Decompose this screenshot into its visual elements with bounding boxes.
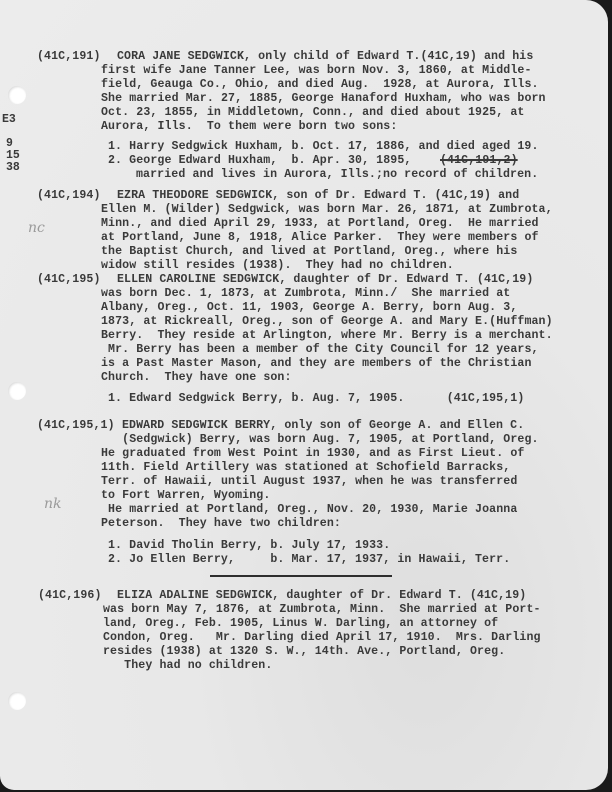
entry-line: CORA JANE SEDGWICK, only child of Edward… [117,51,533,63]
child-item: 2. Jo Ellen Berry, b. Mar. 17, 1937, in … [108,554,510,566]
entry-line: (Sedgwick) Berry, was born Aug. 7, 1905,… [101,434,539,446]
margin-note-code: E3 [2,114,16,126]
entry-line: He graduated from West Point in 1930, an… [101,448,524,460]
entry-line: Aurora, Ills. To them were born two sons… [101,121,397,133]
punch-hole-bottom [8,692,26,710]
entry-line: first wife Jane Tanner Lee, was born Nov… [101,65,532,77]
punch-hole-middle [8,382,26,400]
entry-id: (41C,196) [38,590,102,602]
entry-line: Oct. 23, 1855, in Middletown, Conn., and… [101,107,524,119]
child-item: 1. David Tholin Berry, b. July 17, 1933. [108,540,390,552]
entry-id: (41C,191) [37,51,101,63]
entry-line: 11th. Field Artillery was stationed at S… [101,462,510,474]
entry-line: resides (1938) at 1320 S. W., 14th. Ave.… [103,646,505,658]
child-item-continued: married and lives in Aurora, Ills.;no re… [136,169,538,181]
child-item: 2. George Edward Huxham, b. Apr. 30, 189… [108,155,411,167]
pencil-mark: nc [28,220,45,236]
entry-line: They had no children. [103,660,272,672]
entry-line: Minn., and died April 29, 1933, at Portl… [101,218,539,230]
entry-line: was born May 7, 1876, at Zumbrota, Minn.… [103,604,541,616]
entry-line: She married Mar. 27, 1885, George Hanafo… [101,93,546,105]
entry-line: ELLEN CAROLINE SEDGWICK, daughter of Dr.… [117,274,533,286]
entry-line: Albany, Oreg., Oct. 11, 1903, George A. … [101,302,517,314]
entry-line: He married at Portland, Oreg., Nov. 20, … [101,504,517,516]
punch-hole-top [8,86,26,104]
entry-id: (41C,195) [37,274,101,286]
entry-id: (41C,194) [37,190,101,202]
entry-line: Mr. Berry has been a member of the City … [101,344,539,356]
entry-id: (41C,195,1) [37,420,115,432]
entry-line: the Baptist Church, and lived at Portlan… [101,246,517,258]
entry-line: ELIZA ADALINE SEDGWICK, daughter of Dr. … [117,590,526,602]
typed-genealogy-page: E3 9 15 38 nc nk (41C,191) CORA JANE SED… [0,0,608,790]
struck-reference: (41C,191,2) [440,155,518,167]
entry-line: Peterson. They have two children: [101,518,341,530]
section-divider [210,575,392,577]
child-item: 1. Edward Sedgwick Berry, b. Aug. 7, 190… [108,393,524,405]
margin-note-num: 38 [6,162,20,174]
pencil-mark: nk [44,496,62,512]
entry-line: land, Oreg., Feb. 1905, Linus W. Darling… [103,618,498,630]
entry-line: Condon, Oreg. Mr. Darling died April 17,… [103,632,541,644]
entry-line: Terr. of Hawaii, until August 1937, when… [101,476,517,488]
entry-line: field, Geauga Co., Ohio, and died Aug. 1… [101,79,539,91]
entry-line: EZRA THEODORE SEDGWICK, son of Dr. Edwar… [117,190,519,202]
entry-line: Ellen M. (Wilder) Sedgwick, was born Mar… [101,204,553,216]
entry-line: is a Past Master Mason, and they are mem… [101,358,532,370]
entry-line: was born Dec. 1, 1873, at Zumbrota, Minn… [101,288,510,300]
entry-line: at Portland, June 8, 1918, Alice Parker.… [101,232,539,244]
child-item: 1. Harry Sedgwick Huxham, b. Oct. 17, 18… [108,141,539,153]
entry-line: Berry. They reside at Arlington, where M… [101,330,553,342]
entry-line: widow still resides (1938). They had no … [101,260,454,272]
entry-line: to Fort Warren, Wyoming. [101,490,270,502]
entry-line: EDWARD SEDGWICK BERRY, only son of Georg… [122,420,524,432]
entry-line: 1873, at Rickreall, Oreg., son of George… [101,316,553,328]
entry-line: Church. They have one son: [101,372,292,384]
